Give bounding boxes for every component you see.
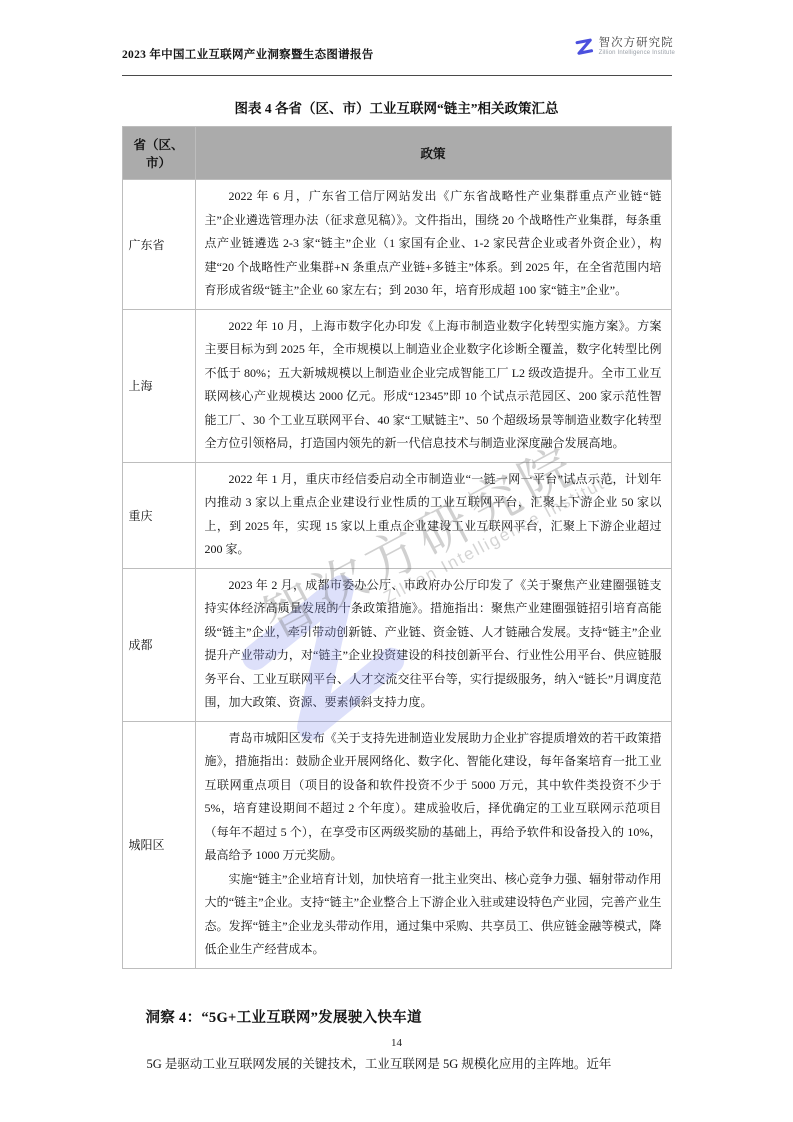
page-header: 2023 年中国工业互联网产业洞察暨生态图谱报告 智次方研究院 Zillion … <box>0 0 793 62</box>
header-divider <box>122 75 672 76</box>
report-title: 2023 年中国工业互联网产业洞察暨生态图谱报告 <box>122 36 374 62</box>
column-header-region: 省（区、市） <box>122 127 195 180</box>
table-row: 广东省 2022 年 6 月，广东省工信厅网站发出《广东省战略性产业集群重点产业… <box>122 180 671 310</box>
policy-paragraph: 2022 年 1 月，重庆市经信委启动全市制造业“一链一网一平台”试点示范，计划… <box>205 468 662 562</box>
table-header-row: 省（区、市） 政策 <box>122 127 671 180</box>
table-row: 重庆 2022 年 1 月，重庆市经信委启动全市制造业“一链一网一平台”试点示范… <box>122 462 671 568</box>
logo-name: 智次方研究院 <box>599 37 675 50</box>
policy-cell: 青岛市城阳区发布《关于支持先进制造业发展助力企业扩容提质增效的若干政策措施》，措… <box>195 721 671 968</box>
region-cell: 广东省 <box>122 180 195 310</box>
policy-cell: 2022 年 1 月，重庆市经信委启动全市制造业“一链一网一平台”试点示范，计划… <box>195 462 671 568</box>
policy-table: 省（区、市） 政策 广东省 2022 年 6 月，广东省工信厅网站发出《广东省战… <box>122 126 672 969</box>
logo-subtitle: Zillion Intelligence Institute <box>599 50 675 57</box>
table-row: 上海 2022 年 10 月，上海市数字化办印发《上海市制造业数字化转型实施方案… <box>122 309 671 462</box>
policy-paragraph: 2023 年 2 月，成都市委办公厅、市政府办公厅印发了《关于聚焦产业建圈强链支… <box>205 574 662 715</box>
policy-paragraph: 2022 年 10 月，上海市数字化办印发《上海市制造业数字化转型实施方案》。方… <box>205 315 662 456</box>
region-cell: 重庆 <box>122 462 195 568</box>
body-paragraph: 5G 是驱动工业互联网发展的关键技术，工业互联网是 5G 规模化应用的主阵地。近… <box>122 1052 672 1076</box>
policy-cell: 2022 年 6 月，广东省工信厅网站发出《广东省战略性产业集群重点产业链“链主… <box>195 180 671 310</box>
document-page: 2023 年中国工业互联网产业洞察暨生态图谱报告 智次方研究院 Zillion … <box>0 0 793 1122</box>
region-cell: 成都 <box>122 568 195 721</box>
publisher-logo: 智次方研究院 Zillion Intelligence Institute <box>574 36 675 58</box>
table-row: 成都 2023 年 2 月，成都市委办公厅、市政府办公厅印发了《关于聚焦产业建圈… <box>122 568 671 721</box>
region-cell: 上海 <box>122 309 195 462</box>
z-bolt-icon <box>574 36 594 58</box>
column-header-policy: 政策 <box>195 127 671 180</box>
table-caption: 图表 4 各省（区、市）工业互联网“链主”相关政策汇总 <box>122 97 672 117</box>
policy-paragraph: 实施“链主”企业培育计划，加快培育一批主业突出、核心竞争力强、辐射带动作用大的“… <box>205 868 662 962</box>
page-number: 14 <box>0 1037 793 1049</box>
table-row: 城阳区 青岛市城阳区发布《关于支持先进制造业发展助力企业扩容提质增效的若干政策措… <box>122 721 671 968</box>
section-heading: 洞察 4：“5G+工业互联网”发展驶入快车道 <box>146 1006 672 1027</box>
policy-paragraph: 2022 年 6 月，广东省工信厅网站发出《广东省战略性产业集群重点产业链“链主… <box>205 185 662 303</box>
policy-paragraph: 青岛市城阳区发布《关于支持先进制造业发展助力企业扩容提质增效的若干政策措施》，措… <box>205 727 662 868</box>
region-cell: 城阳区 <box>122 721 195 968</box>
policy-cell: 2022 年 10 月，上海市数字化办印发《上海市制造业数字化转型实施方案》。方… <box>195 309 671 462</box>
page-content: 图表 4 各省（区、市）工业互联网“链主”相关政策汇总 省（区、市） 政策 广东… <box>122 97 672 1076</box>
policy-cell: 2023 年 2 月，成都市委办公厅、市政府办公厅印发了《关于聚焦产业建圈强链支… <box>195 568 671 721</box>
